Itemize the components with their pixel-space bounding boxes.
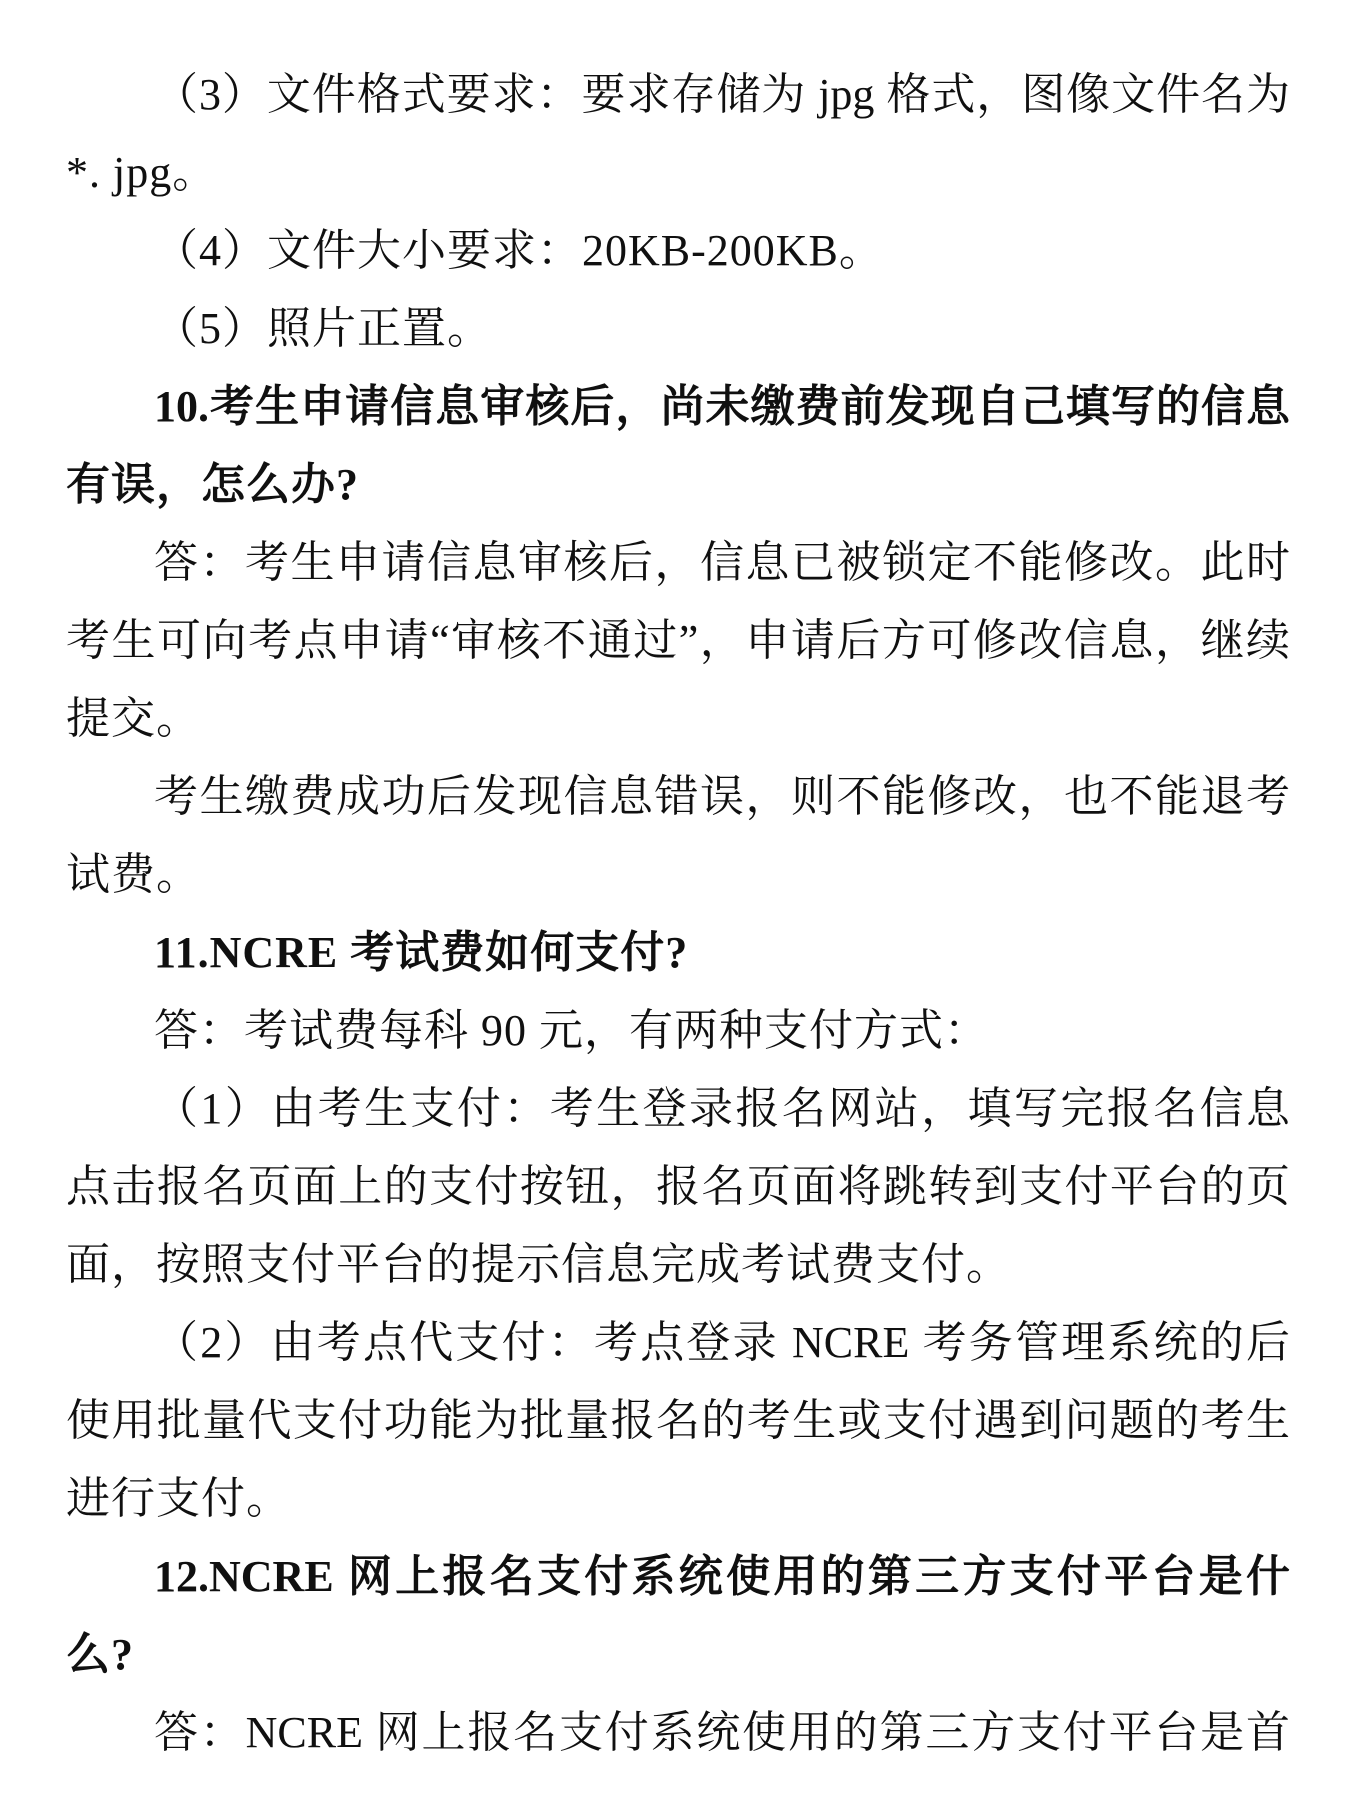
answer-11-method2-line2: 使用批量代支付功能为批量报名的考生或支付遇到问题的考生 [66,1382,1290,1460]
answer-11-method1-line1: （1）由考生支付：考生登录报名网站，填写完报名信息后， [66,1070,1290,1148]
question-12-heading-line2: 么? [66,1616,1290,1694]
answer-12-line1: 答：NCRE 网上报名支付系统使用的第三方支付平台是首信 [66,1694,1290,1772]
question-10-heading-line1: 10.考生申请信息审核后，尚未缴费前发现自己填写的信息 [66,368,1290,446]
answer-11-method1-line2: 点击报名页面上的支付按钮，报名页面将跳转到支付平台的页 [66,1148,1290,1226]
answer-10-para1-line1: 答：考生申请信息审核后，信息已被锁定不能修改。此时 [66,524,1290,602]
question-10-heading-line2: 有误，怎么办? [66,446,1290,524]
answer-10-para1-line2: 考生可向考点申请“审核不通过”，申请后方可修改信息，继续 [66,602,1290,680]
document-page: （3）文件格式要求：要求存储为 jpg 格式，图像文件名为 *. jpg。 （4… [66,56,1290,1772]
question-11-heading: 11.NCRE 考试费如何支付? [66,914,1290,992]
photo-req-item4: （4）文件大小要求：20KB-200KB。 [66,212,1290,290]
answer-11-method1-line3: 面，按照支付平台的提示信息完成考试费支付。 [66,1226,1290,1304]
photo-req-item3-line1: （3）文件格式要求：要求存储为 jpg 格式，图像文件名为 [66,56,1290,134]
photo-req-item3-line2: *. jpg。 [66,134,1290,212]
answer-11-method2-line3: 进行支付。 [66,1460,1290,1538]
photo-req-item5: （5）照片正置。 [66,290,1290,368]
answer-11-intro: 答：考试费每科 90 元，有两种支付方式： [66,992,1290,1070]
answer-10-para2-line2: 试费。 [66,836,1290,914]
question-12-heading-line1: 12.NCRE 网上报名支付系统使用的第三方支付平台是什 [66,1538,1290,1616]
answer-11-method2-line1: （2）由考点代支付：考点登录 NCRE 考务管理系统的后台， [66,1304,1290,1382]
answer-10-para2-line1: 考生缴费成功后发现信息错误，则不能修改，也不能退考 [66,758,1290,836]
answer-10-para1-line3: 提交。 [66,680,1290,758]
